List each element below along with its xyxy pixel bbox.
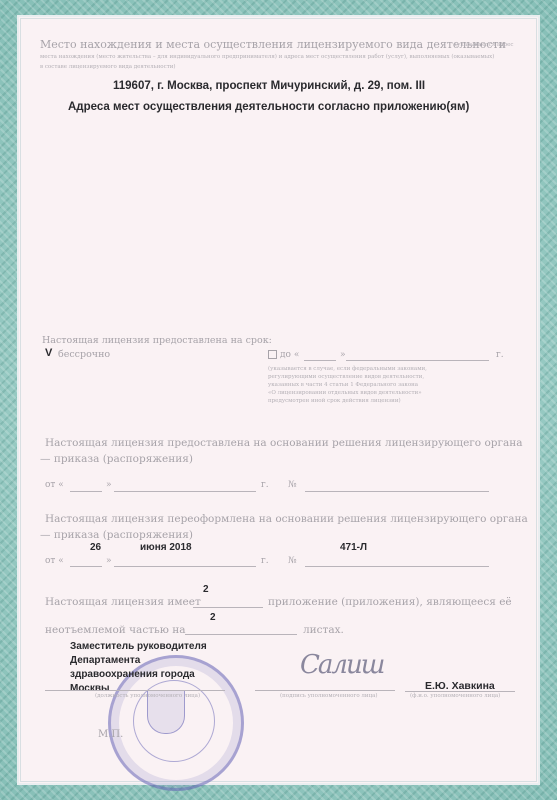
until-day-field[interactable] bbox=[304, 360, 336, 361]
until-quote-close: » bbox=[340, 350, 346, 360]
position-hint: (должность уполномоченного лица) bbox=[95, 693, 200, 699]
until-month-field[interactable] bbox=[346, 360, 489, 361]
until-year-suffix: г. bbox=[496, 350, 504, 360]
appendix-line2-b: листах. bbox=[303, 624, 344, 636]
signer-position-1: Заместитель руководителя bbox=[70, 641, 207, 652]
granted-year-suffix: г. bbox=[261, 480, 269, 490]
granted-quote-close: » bbox=[106, 480, 112, 490]
granted-month-field[interactable] bbox=[114, 491, 256, 492]
reissued-month-year: июня 2018 bbox=[140, 542, 192, 553]
term-label: Настоящая лицензия предоставлена на срок… bbox=[42, 335, 272, 346]
address-hint-2: места нахождения (место жительства – для… bbox=[40, 54, 494, 60]
reissued-year-suffix: г. bbox=[261, 556, 269, 566]
address-hint-3: в составе лицензируемого вида деятельнос… bbox=[40, 64, 176, 70]
until-label: до « bbox=[280, 350, 299, 360]
appendix-line1-a: Настоящая лицензия имеет bbox=[45, 596, 201, 608]
until-note-2: регулирующими осуществление видов деятел… bbox=[268, 374, 424, 380]
indefinite-checkmark[interactable]: V bbox=[45, 347, 52, 359]
granted-day-field[interactable] bbox=[70, 491, 102, 492]
granted-from-label: от « bbox=[45, 480, 64, 490]
granted-line-1: Настоящая лицензия предоставлена на осно… bbox=[45, 437, 523, 449]
signature-line bbox=[255, 690, 395, 691]
granted-number-label: № bbox=[288, 480, 297, 490]
appendix-count-field[interactable] bbox=[193, 607, 263, 608]
address-heading: Место нахождения и места осуществления л… bbox=[40, 38, 506, 51]
reissued-month-field[interactable] bbox=[114, 566, 256, 567]
signer-position-3: здравоохранения города bbox=[70, 669, 195, 680]
until-note-1: (указывается в случае, если федеральными… bbox=[268, 366, 427, 372]
granted-number-field[interactable] bbox=[305, 491, 489, 492]
reissued-from-label: от « bbox=[45, 556, 64, 566]
appendix-sheets-field[interactable] bbox=[185, 634, 297, 635]
until-note-4: «О лицензировании отдельных видов деятел… bbox=[268, 390, 422, 396]
indefinite-label: бессрочно bbox=[58, 349, 110, 360]
reissued-day-field[interactable] bbox=[70, 566, 102, 567]
until-note-5: предусмотрен иной срок действия лицензии… bbox=[268, 398, 401, 404]
appendix-count: 2 bbox=[203, 584, 209, 595]
reissued-line-1: Настоящая лицензия переоформлена на осно… bbox=[45, 513, 528, 525]
handwritten-signature: Салиш bbox=[300, 650, 383, 680]
appendix-sheets: 2 bbox=[210, 612, 216, 623]
name-hint: (ф.и.о. уполномоченного лица) bbox=[410, 693, 500, 699]
seal-label: М.П. bbox=[98, 729, 123, 740]
name-line bbox=[405, 691, 515, 692]
appendix-line1-b: приложение (приложения), являющееся её bbox=[268, 596, 512, 608]
until-note-3: указанных в части 4 статьи 1 Федеральног… bbox=[268, 382, 418, 388]
reissued-day: 26 bbox=[90, 542, 101, 553]
reissued-number-label: № bbox=[288, 556, 297, 566]
reissued-number: 471-Л bbox=[340, 542, 367, 553]
granted-line-2: — приказа (распоряжения) bbox=[40, 453, 193, 465]
reissued-number-field[interactable] bbox=[305, 566, 489, 567]
position-line bbox=[45, 690, 225, 691]
address-note: Адреса мест осуществления деятельности с… bbox=[68, 101, 469, 113]
address-value: 119607, г. Москва, проспект Мичуринский,… bbox=[113, 80, 425, 92]
address-hint-1: (указываются адрес bbox=[455, 42, 514, 48]
reissued-line-2: — приказа (распоряжения) bbox=[40, 529, 193, 541]
until-checkbox[interactable] bbox=[268, 350, 277, 359]
appendix-line2-a: неотъемлемой частью на bbox=[45, 624, 185, 636]
reissued-quote-close: » bbox=[106, 556, 112, 566]
signer-position-2: Департамента bbox=[70, 655, 140, 666]
signature-hint: (подпись уполномоченного лица) bbox=[280, 693, 378, 699]
